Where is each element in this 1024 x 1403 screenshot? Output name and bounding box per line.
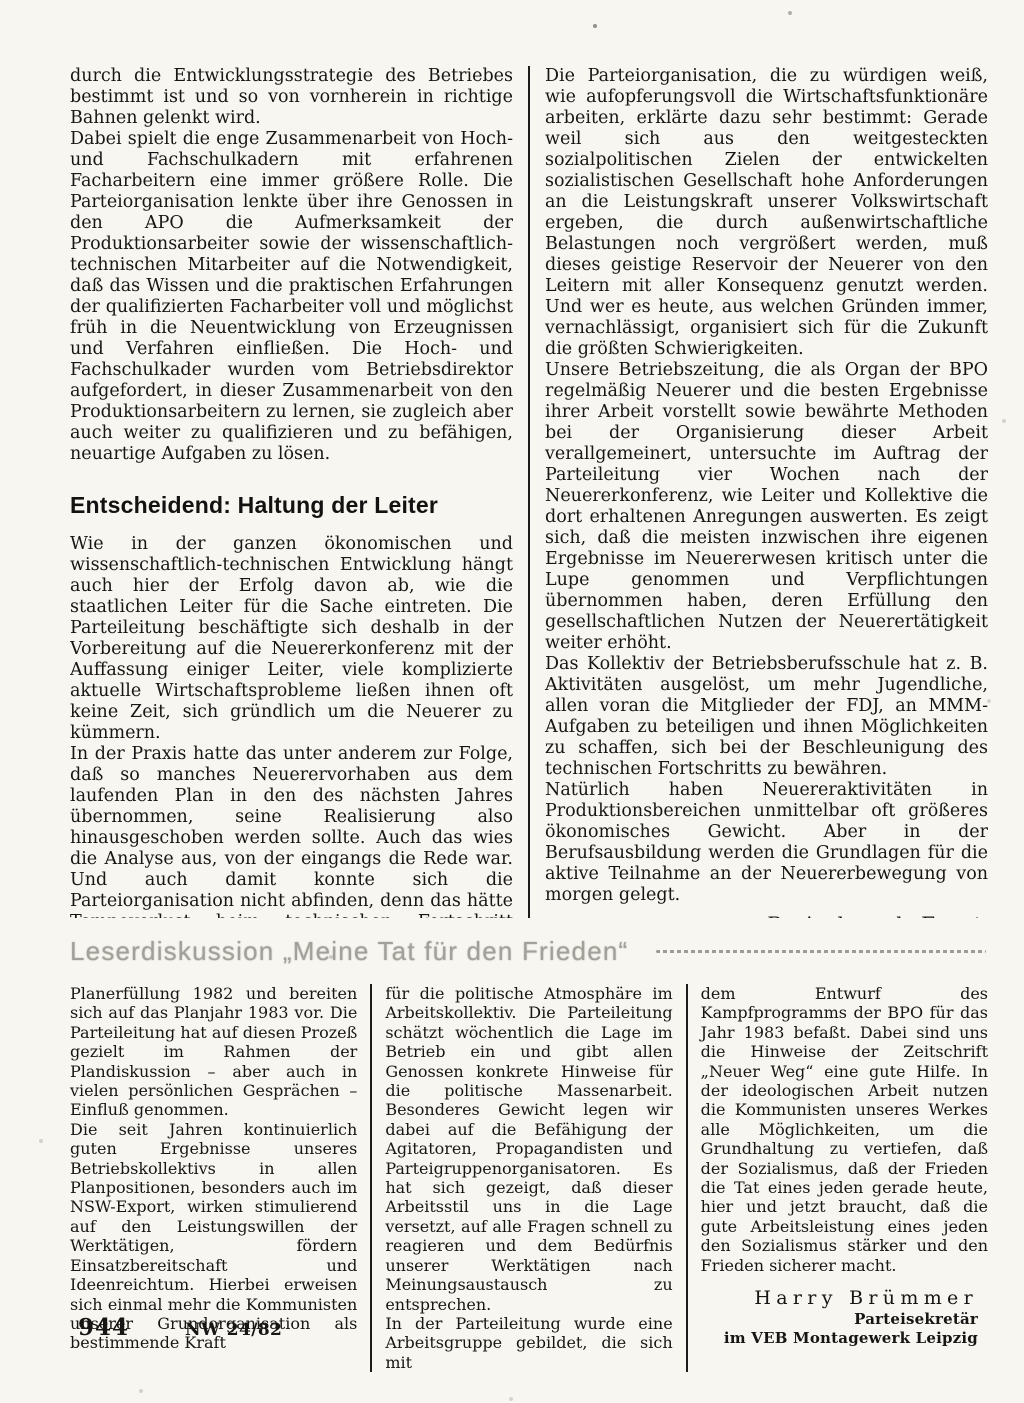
paragraph: Die Parteiorganisation, die zu würdigen … <box>545 66 988 360</box>
author-name: Reinhard Fest <box>545 912 988 918</box>
issue-label: NW 24/82 <box>185 1320 282 1340</box>
column-divider <box>686 984 688 1372</box>
section-heading: Entscheidend: Haltung der Leiter <box>70 492 513 519</box>
top-article-section: durch die Entwicklungsstrategie des Betr… <box>70 66 988 918</box>
magazine-page: durch die Entwicklungsstrategie des Betr… <box>0 0 1024 1403</box>
paragraph: In der Parteileitung wurde eine Arbeitsg… <box>385 1314 672 1372</box>
paragraph: Das Kollektiv der Betriebsberufsschule h… <box>545 654 988 780</box>
article-column-left: durch die Entwicklungsstrategie des Betr… <box>70 66 513 918</box>
scan-noise-specks <box>0 0 2 2</box>
discussion-column-2: für die politische Atmosphäre im Arbeits… <box>385 984 672 1372</box>
page-content: durch die Entwicklungsstrategie des Betr… <box>0 0 1024 1372</box>
author-signature: Harry Brümmer Parteisekretär im VEB Mont… <box>701 1287 988 1347</box>
author-role: im VEB Montagewerk Leipzig <box>701 1329 978 1348</box>
banner-rule <box>656 950 986 953</box>
paragraph: Wie in der ganzen ökonomischen und wisse… <box>70 534 513 744</box>
section-banner-title: Leserdiskussion „Meine Tat für den Fried… <box>70 936 628 967</box>
section-banner: Leserdiskussion „Meine Tat für den Fried… <box>70 918 988 984</box>
paragraph: dem Entwurf des Kampfprogramms der BPO f… <box>701 984 988 1275</box>
paragraph: Natürlich haben Neuereraktivitäten in Pr… <box>545 780 988 906</box>
author-name: Harry Brümmer <box>701 1287 978 1310</box>
column-divider <box>370 984 372 1372</box>
paragraph: In der Praxis hatte das unter anderem zu… <box>70 744 513 918</box>
paragraph: für die politische Atmosphäre im Arbeits… <box>385 984 672 1314</box>
paragraph: Unsere Betriebszeitung, die als Organ de… <box>545 360 988 654</box>
article-column-right: Die Parteiorganisation, die zu würdigen … <box>545 66 988 918</box>
discussion-column-3: dem Entwurf des Kampfprogramms der BPO f… <box>701 984 988 1372</box>
paragraph: durch die Entwicklungsstrategie des Betr… <box>70 66 513 129</box>
author-role: Parteisekretär <box>701 1310 978 1329</box>
column-divider <box>528 66 530 918</box>
paragraph: Planerfüllung 1982 und bereiten sich auf… <box>70 984 357 1120</box>
page-number: 944 <box>78 1314 129 1341</box>
paragraph: Dabei spielt die enge Zusammenarbeit von… <box>70 129 513 465</box>
author-signature: Reinhard Fest Parteisekretär im VEB Uhre… <box>545 912 988 918</box>
page-footer: 944 NW 24/82 <box>78 1314 282 1341</box>
